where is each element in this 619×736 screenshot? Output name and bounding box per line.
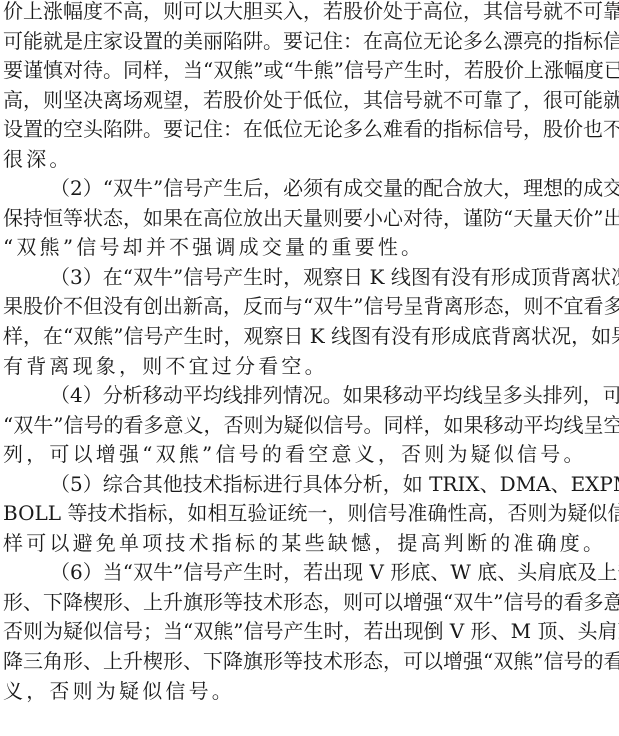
text-line: 否则为疑似信号；当“双熊”信号产生时，若出现倒 V 形、M 顶、头肩顶及下 (3, 617, 617, 647)
text-line: 保持恒等状态，如果在高位放出天量则要小心对待，谨防“天量天价”出现。 (3, 204, 617, 234)
text-line: 义，否则为疑似信号。 (3, 677, 617, 707)
text-line: 有背离现象，则不宜过分看空。 (3, 352, 617, 382)
text-line: 可能就是庄家设置的美丽陷阱。要记住：在高位无论多么漂亮的指标信号，都 (3, 27, 617, 57)
text-line: （4）分析移动平均线排列情况。如果移动平均线呈多头排列，可以增强 (3, 381, 617, 411)
text-line: （2）“双牛”信号产生后，必须有成交量的配合放大，理想的成交量就是 (3, 174, 617, 204)
text-line: 样可以避免单项技术指标的某些缺憾，提高判断的准确度。 (3, 529, 617, 559)
text-line: “双牛”信号的看多意义，否则为疑似信号。同样，如果移动平均线呈空头排 (3, 411, 617, 441)
text-line: 高，则坚决离场观望，若股价处于低位，其信号就不可靠了，很可能就是庄家 (3, 86, 617, 116)
document-page: 价上涨幅度不高，则可以大胆买入，若股价处于高位，其信号就不可靠了，很 可能就是庄… (3, 0, 617, 706)
text-line: （5）综合其他技术指标进行具体分析，如 TRIX、DMA、EXPMA、SAR、 (3, 470, 617, 500)
text-line: （6）当“双牛”信号产生时，若出现 V 形底、W 底、头肩底及上升三角 (3, 558, 617, 588)
text-line: 样，在“双熊”信号产生时，观察日 K 线图有没有形成底背离状况，如果两者 (3, 322, 617, 352)
text-line: 要谨慎对待。同样，当“双熊”或“牛熊”信号产生时，若股价上涨幅度已 (3, 56, 617, 86)
text-line: 果股价不但没有创出新高，反而与“双牛”信号呈背离形态，则不宜看多。同 (3, 292, 617, 322)
text-line: 降三角形、上升楔形、下降旗形等技术形态，可以增强“双熊”信号的看空意 (3, 647, 617, 677)
text-line: 设置的空头陷阱。要记住：在低位无论多么难看的指标信号，股价也不会下跌 (3, 115, 617, 145)
text-line: 价上涨幅度不高，则可以大胆买入，若股价处于高位，其信号就不可靠了，很 (3, 0, 617, 27)
paragraph-5: （5）综合其他技术指标进行具体分析，如 TRIX、DMA、EXPMA、SAR、 … (3, 470, 617, 559)
paragraph-2: （2）“双牛”信号产生后，必须有成交量的配合放大，理想的成交量就是 保持恒等状态… (3, 174, 617, 263)
paragraph-3: （3）在“双牛”信号产生时，观察日 K 线图有没有形成顶背离状况，如 果股价不但… (3, 263, 617, 381)
text-line: 形、下降楔形、上升旗形等技术形态，则可以增强“双牛”信号的看多意义， (3, 588, 617, 618)
text-line: （3）在“双牛”信号产生时，观察日 K 线图有没有形成顶背离状况，如 (3, 263, 617, 293)
paragraph-6: （6）当“双牛”信号产生时，若出现 V 形底、W 底、头肩底及上升三角 形、下降… (3, 558, 617, 706)
paragraph-continued: 价上涨幅度不高，则可以大胆买入，若股价处于高位，其信号就不可靠了，很 可能就是庄… (3, 0, 617, 174)
text-line: 很深。 (3, 145, 617, 175)
paragraph-4: （4）分析移动平均线排列情况。如果移动平均线呈多头排列，可以增强 “双牛”信号的… (3, 381, 617, 470)
text-line: 列，可以增强“双熊”信号的看空意义，否则为疑似信号。 (3, 440, 617, 470)
text-line: “双熊”信号却并不强调成交量的重要性。 (3, 233, 617, 263)
text-line: BOLL 等技术指标，如相互验证统一，则信号准确性高，否则为疑似信号，这 (3, 499, 617, 529)
